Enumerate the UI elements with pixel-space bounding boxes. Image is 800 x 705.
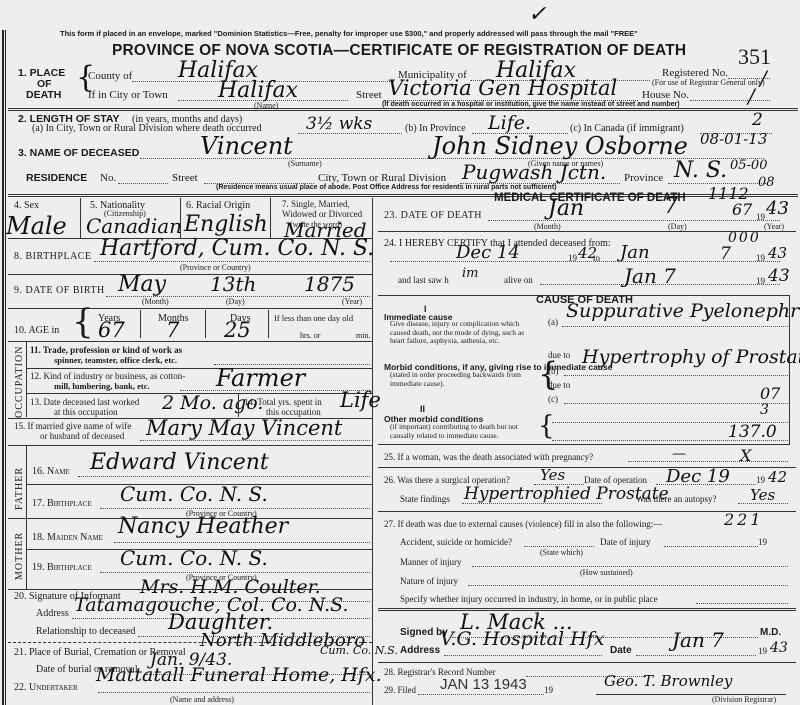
surname-value[interactable]: Vincent (200, 132, 293, 160)
dod-year-prefix: 19 (756, 212, 765, 222)
relationship-label: Relationship to deceased (36, 626, 135, 637)
morbid-note: (stated in order proceeding backwards fr… (390, 371, 538, 388)
sig-address-value[interactable]: V.G. Hospital Hfx (440, 628, 604, 650)
date-of-death-label: 23. DATE OF DEATH (384, 210, 482, 221)
age-months-value[interactable]: 7 (166, 318, 179, 342)
birthplace-value[interactable]: Hartford, Cum. Co. N. S. (100, 236, 374, 261)
surname-caption: (Surname) (288, 159, 322, 168)
injury-date-label: Date of injury (600, 537, 650, 547)
father-name-label: 16. Name (32, 466, 70, 477)
residence-label: RESIDENCE (26, 172, 87, 184)
sig-year-prefix: 19 (758, 646, 767, 656)
mother-side-label: MOTHER (14, 532, 25, 580)
spouse-value[interactable]: Mary May Vincent (146, 416, 342, 440)
q27-label: 27. If death was due to external causes … (384, 519, 662, 529)
dod-year[interactable]: 43 (766, 198, 789, 219)
immediate-cause-note: Give disease, injury or complication whi… (390, 320, 538, 346)
attended-from-year-prefix: 19 (568, 253, 577, 263)
attended-to-day[interactable]: 7 (720, 244, 731, 264)
house-no-label: House No. (642, 89, 689, 101)
given-names-value[interactable]: John Sidney Osborne (432, 132, 688, 160)
father-birthplace-value[interactable]: Cum. Co. N. S. (120, 482, 268, 506)
racial-origin-label: 6. Racial Origin (186, 200, 250, 211)
deceased-label: 3. NAME OF DECEASED (18, 147, 139, 159)
other-morbid-margin: 137.0 (728, 422, 777, 442)
accident-caption: (State which) (540, 548, 583, 557)
check-mark: ✓ (528, 2, 546, 27)
sig-date-label: Date (610, 645, 632, 656)
attended-from[interactable]: Dec 14 (456, 242, 520, 263)
trade-label-2: spinner, teamster, office clerk, etc. (54, 355, 177, 365)
sex-label: 4. Sex (14, 200, 39, 211)
q26-value[interactable]: Yes (540, 466, 565, 484)
spouse-label-1: 15. If married give name of wife (14, 421, 131, 431)
findings-label: State findings (400, 494, 450, 504)
mother-maiden-label: 18. Maiden Name (32, 532, 103, 543)
alive-on-value[interactable]: Jan 7 (624, 264, 676, 288)
attended-to-year[interactable]: 43 (768, 244, 787, 262)
dob-label: 9. DATE OF BIRTH (14, 285, 105, 296)
cause-a-value[interactable]: Suppurative Pyelonephritis (566, 300, 800, 322)
last-saw-pronoun[interactable]: im (462, 266, 479, 281)
autopsy-value[interactable]: Yes (750, 486, 775, 504)
dod-day[interactable]: 7 (664, 194, 678, 219)
residence-province-value[interactable]: N. S. (674, 158, 727, 183)
father-birthplace-label: 17. Birthplace (32, 498, 92, 509)
residence-no-label: No. (100, 172, 116, 184)
md-label: M.D. (760, 627, 781, 638)
undertaker-label: 22. Undertaker (14, 682, 78, 693)
death-certificate: ✓ This form if placed in an envelope, ma… (0, 0, 800, 705)
county-label: County of (88, 70, 132, 82)
sig-address-label: Address (400, 645, 440, 656)
autopsy-label: Was there an autopsy? (636, 494, 717, 504)
racial-origin-value[interactable]: English (184, 212, 268, 237)
industry-value[interactable]: Farmer (216, 364, 305, 392)
stay-city-value[interactable]: 3½ wks (306, 114, 372, 134)
nature-label: Nature of injury (400, 576, 458, 586)
dod-day-caption: (Day) (668, 222, 687, 231)
sig-year[interactable]: 43 (770, 640, 788, 656)
dod-month[interactable]: Jan (548, 196, 584, 221)
deceased-margin-code: 08-01-13 (700, 130, 767, 148)
street-label: Street (356, 89, 382, 101)
attended-to[interactable]: Jan (620, 242, 650, 263)
place-label-3: DEATH (26, 89, 61, 101)
mother-birthplace-value[interactable]: Cum. Co. N. S. (120, 546, 268, 570)
marital-label: 7. Single, Married, Widowed or Divorced (282, 199, 372, 219)
age-label: 10. AGE in (14, 325, 59, 336)
roman-2: II (420, 404, 425, 414)
other-morbid-note: (if important) contributing to death but… (390, 423, 540, 440)
trade-label-1: 11. Trade, profession or kind of work as (30, 345, 182, 355)
dod-year-caption: (Year) (764, 222, 784, 231)
mother-maiden-value[interactable]: Nancy Heather (118, 514, 288, 539)
residence-street-label: Street (172, 172, 198, 184)
undertaker-value[interactable]: Mattatall Funeral Home, Hfx. (96, 664, 382, 686)
dob-month-caption: (Month) (142, 297, 169, 306)
dob-year[interactable]: 1875 (304, 272, 355, 296)
residence-note: (Residence means usual place of abode. P… (216, 184, 557, 191)
residence-city-label: City, Town or Rural Division (318, 172, 446, 184)
mother-birthplace-label: 19. Birthplace (32, 562, 92, 573)
left-border (2, 30, 6, 705)
sig-date-value[interactable]: Jan 7 (672, 628, 724, 652)
q25-margin: X (740, 446, 751, 465)
postal-note: This form if placed in an envelope, mark… (60, 29, 638, 38)
cause-b-label: (b) (548, 366, 559, 376)
dob-month[interactable]: May (118, 272, 166, 297)
dod-margin: 67 (732, 200, 752, 219)
dob-day[interactable]: 13th (210, 272, 256, 296)
dob-year-caption: (Year) (342, 297, 362, 306)
city-label: If in City or Town (88, 89, 168, 101)
informant-address-label: Address (36, 608, 69, 619)
specify-label: Specify whether injury occurred in indus… (400, 594, 658, 604)
cause-ii-margin: 3 (760, 402, 769, 418)
age-days-value[interactable]: 25 (224, 318, 251, 342)
q26-year[interactable]: 42 (768, 468, 787, 486)
last-worked-label-2: at this occupation (54, 407, 117, 417)
medical-title: MEDICAL CERTIFICATE OF DEATH (494, 192, 686, 204)
birthplace-caption: (Province or Country) (180, 263, 251, 272)
alive-on-year-prefix: 19 (756, 276, 765, 286)
house-no-value[interactable]: / (748, 84, 755, 108)
alive-on-label: alive on (504, 275, 533, 285)
filed-label: 29. Filed (384, 685, 416, 695)
total-years-label-1: 14. Total yrs. spent in (244, 397, 322, 407)
cause-a-label: (a) (548, 317, 558, 327)
undertaker-caption: (Name and address) (170, 695, 234, 704)
registrar-signature[interactable]: Geo. T. Brownley (604, 672, 732, 690)
father-name-value[interactable]: Edward Vincent (90, 450, 269, 475)
q26-year-prefix: 19 (756, 475, 765, 485)
alive-on-year[interactable]: 43 (768, 266, 790, 286)
city-value[interactable]: Halifax (218, 78, 298, 103)
street-value[interactable]: Victoria Gen Hospital (388, 76, 617, 100)
q25-label: 25. If a woman, was the death associated… (384, 452, 593, 462)
age-hrs-label: hrs. or (300, 331, 320, 340)
institution-note: (If death occurred in a hospital or inst… (382, 101, 680, 108)
spouse-label-2: or husband of deceased (40, 431, 124, 441)
cause-b-value[interactable]: Hypertrophy of Prostate (582, 346, 800, 368)
accident-label: Accident, suicide or homicide? (400, 537, 512, 547)
manner-label: Manner of injury (400, 557, 461, 567)
stay-province-value[interactable]: Life. (488, 112, 531, 134)
injury-year-prefix: 19 (758, 537, 767, 547)
filed-year-prefix: 19 (544, 685, 553, 695)
q26-date-value[interactable]: Dec 19 (666, 466, 730, 487)
dob-day-caption: (Day) (226, 297, 245, 306)
residence-city-value[interactable]: Pugwash Jctn. (462, 160, 606, 184)
age-less-than-day-label: If less than one day old (274, 313, 353, 323)
stay-canada-value[interactable]: 2 (752, 110, 763, 130)
industry-label-2: mill, lumbering, bank, etc. (54, 381, 150, 391)
age-min-label: min. (356, 331, 370, 340)
to-label: to (593, 253, 600, 263)
burial-place-suffix: Cum. Co. N.S. (320, 644, 398, 657)
filed-stamp: JAN 13 1943 (440, 676, 527, 693)
attended-to-year-prefix: 19 (756, 253, 765, 263)
total-years-value[interactable]: Life (340, 388, 381, 412)
registrar-caption: (Division Registrar) (712, 695, 776, 704)
residence-margin-1: 05-00 (730, 158, 767, 173)
cause-c-margin: 07 (760, 384, 780, 403)
residence-margin-2: 08 (758, 175, 775, 190)
occupation-side-label: OCCUPATION (14, 346, 25, 418)
nationality-value[interactable]: Canadian (86, 214, 182, 238)
cause-c-label: (c) (548, 394, 558, 404)
q25-value[interactable]: — (672, 446, 686, 462)
birthplace-label: 8. BIRTHPLACE (14, 251, 92, 262)
residence-province-label: Province (624, 172, 663, 184)
q27-margin: 221 (724, 510, 764, 529)
father-side-label: FATHER (14, 467, 25, 510)
certify-margin-code: 000 (728, 230, 761, 246)
sex-value[interactable]: Male (6, 212, 67, 240)
last-worked-label-1: 13. Date deceased last worked (30, 397, 139, 407)
due-to-2: due to (548, 380, 570, 390)
age-years-value[interactable]: 67 (98, 318, 125, 342)
manner-caption: (How sustained) (580, 568, 633, 577)
industry-label-1: 12. Kind of industry or business, as cot… (30, 371, 185, 381)
dod-month-caption: (Month) (534, 222, 561, 231)
last-saw-label: and last saw h (398, 275, 449, 285)
